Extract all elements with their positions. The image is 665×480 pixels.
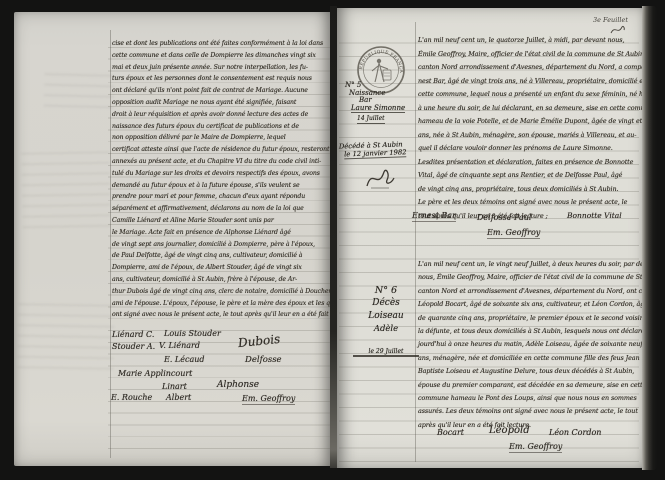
- act-text-line: cette commune et dans celle de Dompierre…: [112, 50, 328, 62]
- signature: Linart: [162, 382, 187, 391]
- book-spine-gutter: [330, 6, 337, 468]
- act-text-line: L'an mil neuf cent un, le vingt neuf Jui…: [418, 258, 640, 271]
- act-text-line: le Mariage. Acte fait en présence de Alp…: [112, 227, 328, 239]
- signature: Louis Stouder: [164, 329, 221, 338]
- act-text-line: séparément et affirmativement, déclarons…: [112, 203, 328, 215]
- act-text-line: thur Dubois âgé de vingt cinq ans, clerc…: [112, 286, 328, 298]
- act-text-line: L'an mil neuf cent un, le quatorze Juill…: [418, 34, 640, 48]
- act-text-line: nous, Émile Geoffroy, Maire, officier de…: [418, 271, 640, 284]
- bleed-through-ghost: [21, 151, 110, 237]
- act-text-line: ans, ménagère, née et domiciliée en cett…: [418, 352, 640, 365]
- act-text-line: ont déclaré qu'ils n'ont point fait de c…: [112, 85, 328, 97]
- signature: Bocart: [437, 428, 464, 437]
- act-text-line: cette commune, lequel nous a présenté un…: [418, 88, 640, 102]
- act-text-line: ami de l'épouse. L'époux, l'épouse, le p…: [112, 298, 328, 310]
- act-text-line: ans, née à St Aubin, ménagère, son épous…: [418, 129, 640, 143]
- signature: V. Liénard: [159, 341, 200, 350]
- signature: Léopold: [489, 425, 530, 436]
- act-number: N° 6: [351, 284, 421, 297]
- bleed-through-ghost: [17, 303, 114, 377]
- mention-line: le 12 janvier 1982: [344, 148, 407, 159]
- bleed-through-ghost: [43, 73, 114, 117]
- signature: Stouder A.: [112, 342, 155, 351]
- surname: Loiseau: [351, 310, 421, 323]
- page-edge-stack: [642, 6, 657, 470]
- act-text-line: demandé au futur époux et à la future ép…: [112, 180, 328, 192]
- signature: Ernest Bar: [412, 211, 456, 222]
- act-type: Naissance: [345, 90, 425, 98]
- right-page: 3e Feuillet RÉPUBLIQUE FRANÇAISE N° 5 Na…: [337, 8, 643, 468]
- act-text-line: à une heure du soir, de lui déclarant, e…: [418, 102, 640, 116]
- act-text-line: Baptiste Loiseau et Augustine Delure, to…: [418, 365, 640, 378]
- act-text-line: canton Nord arrondissement d'Avesnes, dé…: [418, 61, 640, 75]
- act-text-line: ans, cultivateur, domicilié à St Aubin, …: [112, 274, 328, 286]
- act-text-line: non opposition délivré par le Maire de D…: [112, 132, 328, 144]
- act-text-line: naissance des futurs époux du certificat…: [112, 121, 328, 133]
- signature: E. Lécaud: [164, 355, 205, 364]
- birth-act-text: L'an mil neuf cent un, le quatorze Juill…: [418, 34, 640, 223]
- signature: Léon Cordon: [549, 428, 601, 437]
- act-text-line: épouse du premier comparant, est décédée…: [418, 379, 640, 392]
- signature: Marie Applincourt: [118, 369, 192, 378]
- act-text-line: mai et deux juin présente année. Sur not…: [112, 62, 328, 74]
- act-text-line: ont signé avec nous le présent acte, le …: [112, 309, 328, 321]
- signature: Delfosse: [245, 355, 282, 365]
- death-act-text: L'an mil neuf cent un, le vingt neuf Jui…: [418, 258, 640, 432]
- act-text-line: de Paul Delfotte, âgé de vingt cinq ans,…: [112, 250, 328, 262]
- act-text-line: nest Bar, âgé de vingt trois ans, né à V…: [418, 75, 640, 89]
- act-text-line: de quarante cinq ans, propriétaire, le p…: [418, 312, 640, 325]
- act-date: 14 Juillet: [357, 115, 385, 124]
- act-text-line: opposition audit Mariage ne nous ayant é…: [112, 97, 328, 109]
- act-text-line: canton Nord et arrondissement d'Avesnes,…: [418, 285, 640, 298]
- act-text-line: Camille Liénard et Aline Marie Stouder s…: [112, 215, 328, 227]
- given-names: Adèle: [351, 323, 421, 336]
- paraph-squiggle: [363, 166, 397, 190]
- marianne-figure-icon: [372, 59, 391, 82]
- act-text-line: de vingt cinq ans, propriétaire, tous de…: [418, 183, 640, 197]
- act-text-line: quel il déclare vouloir donner les préno…: [418, 142, 640, 156]
- signature: E. Rouche: [111, 393, 152, 402]
- signature: Bonnotte Vital: [567, 211, 622, 220]
- act-text-line: turs époux et les personnes dont le cons…: [112, 73, 328, 85]
- marriage-act-text: cise et dont les publications ont été fa…: [112, 38, 328, 321]
- birth-margin-note: N° 5 Naissance Bar Laure Simonne 14 Juil…: [345, 82, 425, 124]
- signature: Dubois: [237, 332, 280, 350]
- act-text-line: de vingt sept ans journalier, domicilié …: [112, 239, 328, 251]
- act-text-line: Lesdites présentation et déclaration, fa…: [418, 156, 640, 170]
- act-text-line: jourd'hui à onze heures du matin, Adèle …: [418, 338, 640, 351]
- act-text-line: Émile Geoffroy, Maire, officier de l'éta…: [418, 48, 640, 62]
- sheet-number-label: 3e Feuillet: [593, 16, 628, 24]
- signature: Albert: [166, 393, 191, 402]
- act-text-line: la défunte, et tous deux domiciliés à St…: [418, 325, 640, 338]
- signature-officer: Em. Geoffroy: [487, 228, 540, 239]
- act-text-line: droit à leur réquisition et après avoir …: [112, 109, 328, 121]
- signature: Delfosse Paul: [477, 213, 531, 222]
- signature: Liénard C.: [112, 330, 154, 339]
- act-text-line: commune hameau le Pont des Loups, ainsi …: [418, 392, 640, 405]
- act-text-line: Le père et les deux témoins ont signé av…: [418, 196, 640, 210]
- act-text-line: prendre pour mari et pour femme, chacun …: [112, 191, 328, 203]
- death-margin-note: N° 6 Décès Loiseau Adèle le 29 Juillet: [351, 284, 421, 357]
- act-text-line: tulé du Mariage sur les droits et devoir…: [112, 168, 328, 180]
- left-page: cise et dont les publications ont été fa…: [14, 12, 330, 466]
- act-text-line: annexés au présent acte, et du Chapitre …: [112, 156, 328, 168]
- act-text-line: Dompierre, ami de l'époux, de Albert Sto…: [112, 262, 328, 274]
- death-mention-note: Décédé à St Aubin le 12 janvier 1982: [339, 139, 430, 159]
- given-names: Laure Simonne: [351, 105, 405, 114]
- act-type: Décès: [351, 297, 421, 310]
- act-text-line: hameau de la voie Potelle, et de Marie É…: [418, 115, 640, 129]
- register-scan: cise et dont les publications ont été fa…: [0, 0, 665, 480]
- signature-officer: Em. Geoffroy: [242, 394, 295, 405]
- signature: Alphonse: [217, 380, 259, 390]
- act-text-line: assurés. Les deux témoins ont signé avec…: [418, 405, 640, 418]
- act-text-line: Vital, âgé de cinquante sept ans Rentier…: [418, 169, 640, 183]
- act-date: le 29 Juillet: [353, 348, 419, 357]
- signature-officer: Em. Geoffroy: [509, 442, 562, 453]
- act-text-line: Léopold Bocart, âgé de soixante six ans,…: [418, 298, 640, 311]
- act-text-line: certificat atteste ainsi que l'acte de r…: [112, 144, 328, 156]
- act-text-line: cise et dont les publications ont été fa…: [112, 38, 328, 50]
